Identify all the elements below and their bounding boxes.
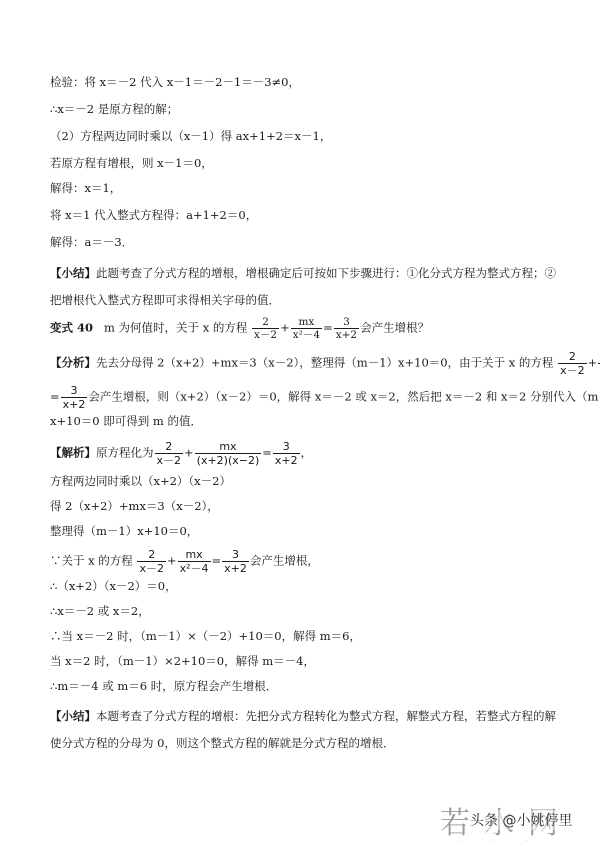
fraction: 2x－2 <box>137 548 166 575</box>
fraction: mxx²－4 <box>178 548 211 575</box>
fraction: mxx²－4 <box>291 316 322 341</box>
variant-prefix: m 为何值时，关于 x 的方程 <box>104 321 247 335</box>
fraction: 3x+2 <box>61 384 88 411</box>
solve-line: 解得：x＝1， <box>50 180 121 196</box>
summary-text: 此题考查了分式方程的增根，增根确定后可按如下步骤进行：①化分式方程为整式方程；②… <box>50 266 556 307</box>
watermark: 若水网 头条 @小姚停里 … … … <box>440 798 585 843</box>
summary-tag: 【小结】 <box>50 709 96 723</box>
variant-label: 变式 40 <box>50 321 93 335</box>
substitute-line: 将 x＝1 代入整式方程得：a+1+2＝0， <box>50 207 257 223</box>
variant-suffix: 会产生增根？ <box>360 321 429 335</box>
analysis-tag: 【分析】 <box>50 356 96 370</box>
fraction: 2x－2 <box>252 316 279 341</box>
watermark-subtext: … … … <box>458 837 543 842</box>
summary-text: 本题考查了分式方程的增根：先把分式方程转化为整式方程，解整式方程，若整式方程的解… <box>50 709 556 750</box>
solution-line-6: ∴（x+2）（x－2）＝0， <box>50 578 177 594</box>
watermark-author: 头条 @小姚停里 <box>470 810 572 830</box>
fraction: mx(x+2)(x−2) <box>195 440 262 467</box>
variant-question: 变式 40 m 为何值时，关于 x 的方程 2x－2+mxx²－4=3x+2会产… <box>50 316 429 341</box>
solution-line-2: 方程两边同时乘以（x+2）（x－2） <box>50 473 231 489</box>
fraction: 3x+2 <box>334 316 359 341</box>
summary-2: 【小结】本题考查了分式方程的增根：先把分式方程转化为整式方程，解整式方程，若整式… <box>50 703 560 757</box>
conclusion-line: ∴x＝－2 是原方程的解； <box>50 101 178 117</box>
fraction: 3x+2 <box>222 548 249 575</box>
solution-tag: 【解析】 <box>50 446 96 460</box>
fraction: 2x－2 <box>155 440 184 467</box>
summary-tag: 【小结】 <box>50 266 96 280</box>
part2-line: （2）方程两边同时乘以（x－1）得 ax+1+2＝x－1， <box>50 128 331 144</box>
fraction: 3x+2 <box>273 440 300 467</box>
solution-line-5: ∵关于 x 的方程 2x－2+mxx²－4=3x+2会产生增根， <box>50 548 319 575</box>
analysis-line-1: 【分析】先去分母得 2（x+2）+mx＝3（x－2），整理得（m－1）x+10＝… <box>50 350 600 377</box>
analysis-line-3: x+10＝0 即可得到 m 的值． <box>50 413 202 429</box>
solution-line-4: 整理得（m－1）x+10＝0， <box>50 523 198 539</box>
analysis-line-2: =3x+2会产生增根，则（x+2）（x－2）＝0，解得 x＝－2 或 x＝2，然… <box>50 384 600 411</box>
extraneous-root-line: 若原方程有增根，则 x－1＝0， <box>50 155 213 171</box>
check-line: 检验：将 x＝－2 代入 x－1＝－2－1＝－3≠0， <box>50 74 300 90</box>
solution-line-7: ∴x＝－2 或 x＝2， <box>50 603 150 619</box>
solution-line-3: 得 2（x+2）+mx＝3（x－2）， <box>50 498 219 514</box>
solution-line-8: ∴当 x＝－2 时，（m－1）×（－2）+10＝0，解得 m＝6， <box>50 628 361 644</box>
summary-1: 【小结】此题考查了分式方程的增根，增根确定后可按如下步骤进行：①化分式方程为整式… <box>50 260 560 314</box>
solution-line-9: 当 x＝2 时，（m－1）×2+10＝0，解得 m＝－4， <box>50 653 315 669</box>
solution-line-1: 【解析】原方程化为2x－2+mx(x+2)(x−2)=3x+2， <box>50 440 312 467</box>
solution-line-10: ∴m＝－4 或 m＝6 时，原方程会产生增根． <box>50 678 277 694</box>
answer-line: 解得：a＝－3． <box>50 234 133 250</box>
fraction: 2x－2 <box>558 350 587 377</box>
